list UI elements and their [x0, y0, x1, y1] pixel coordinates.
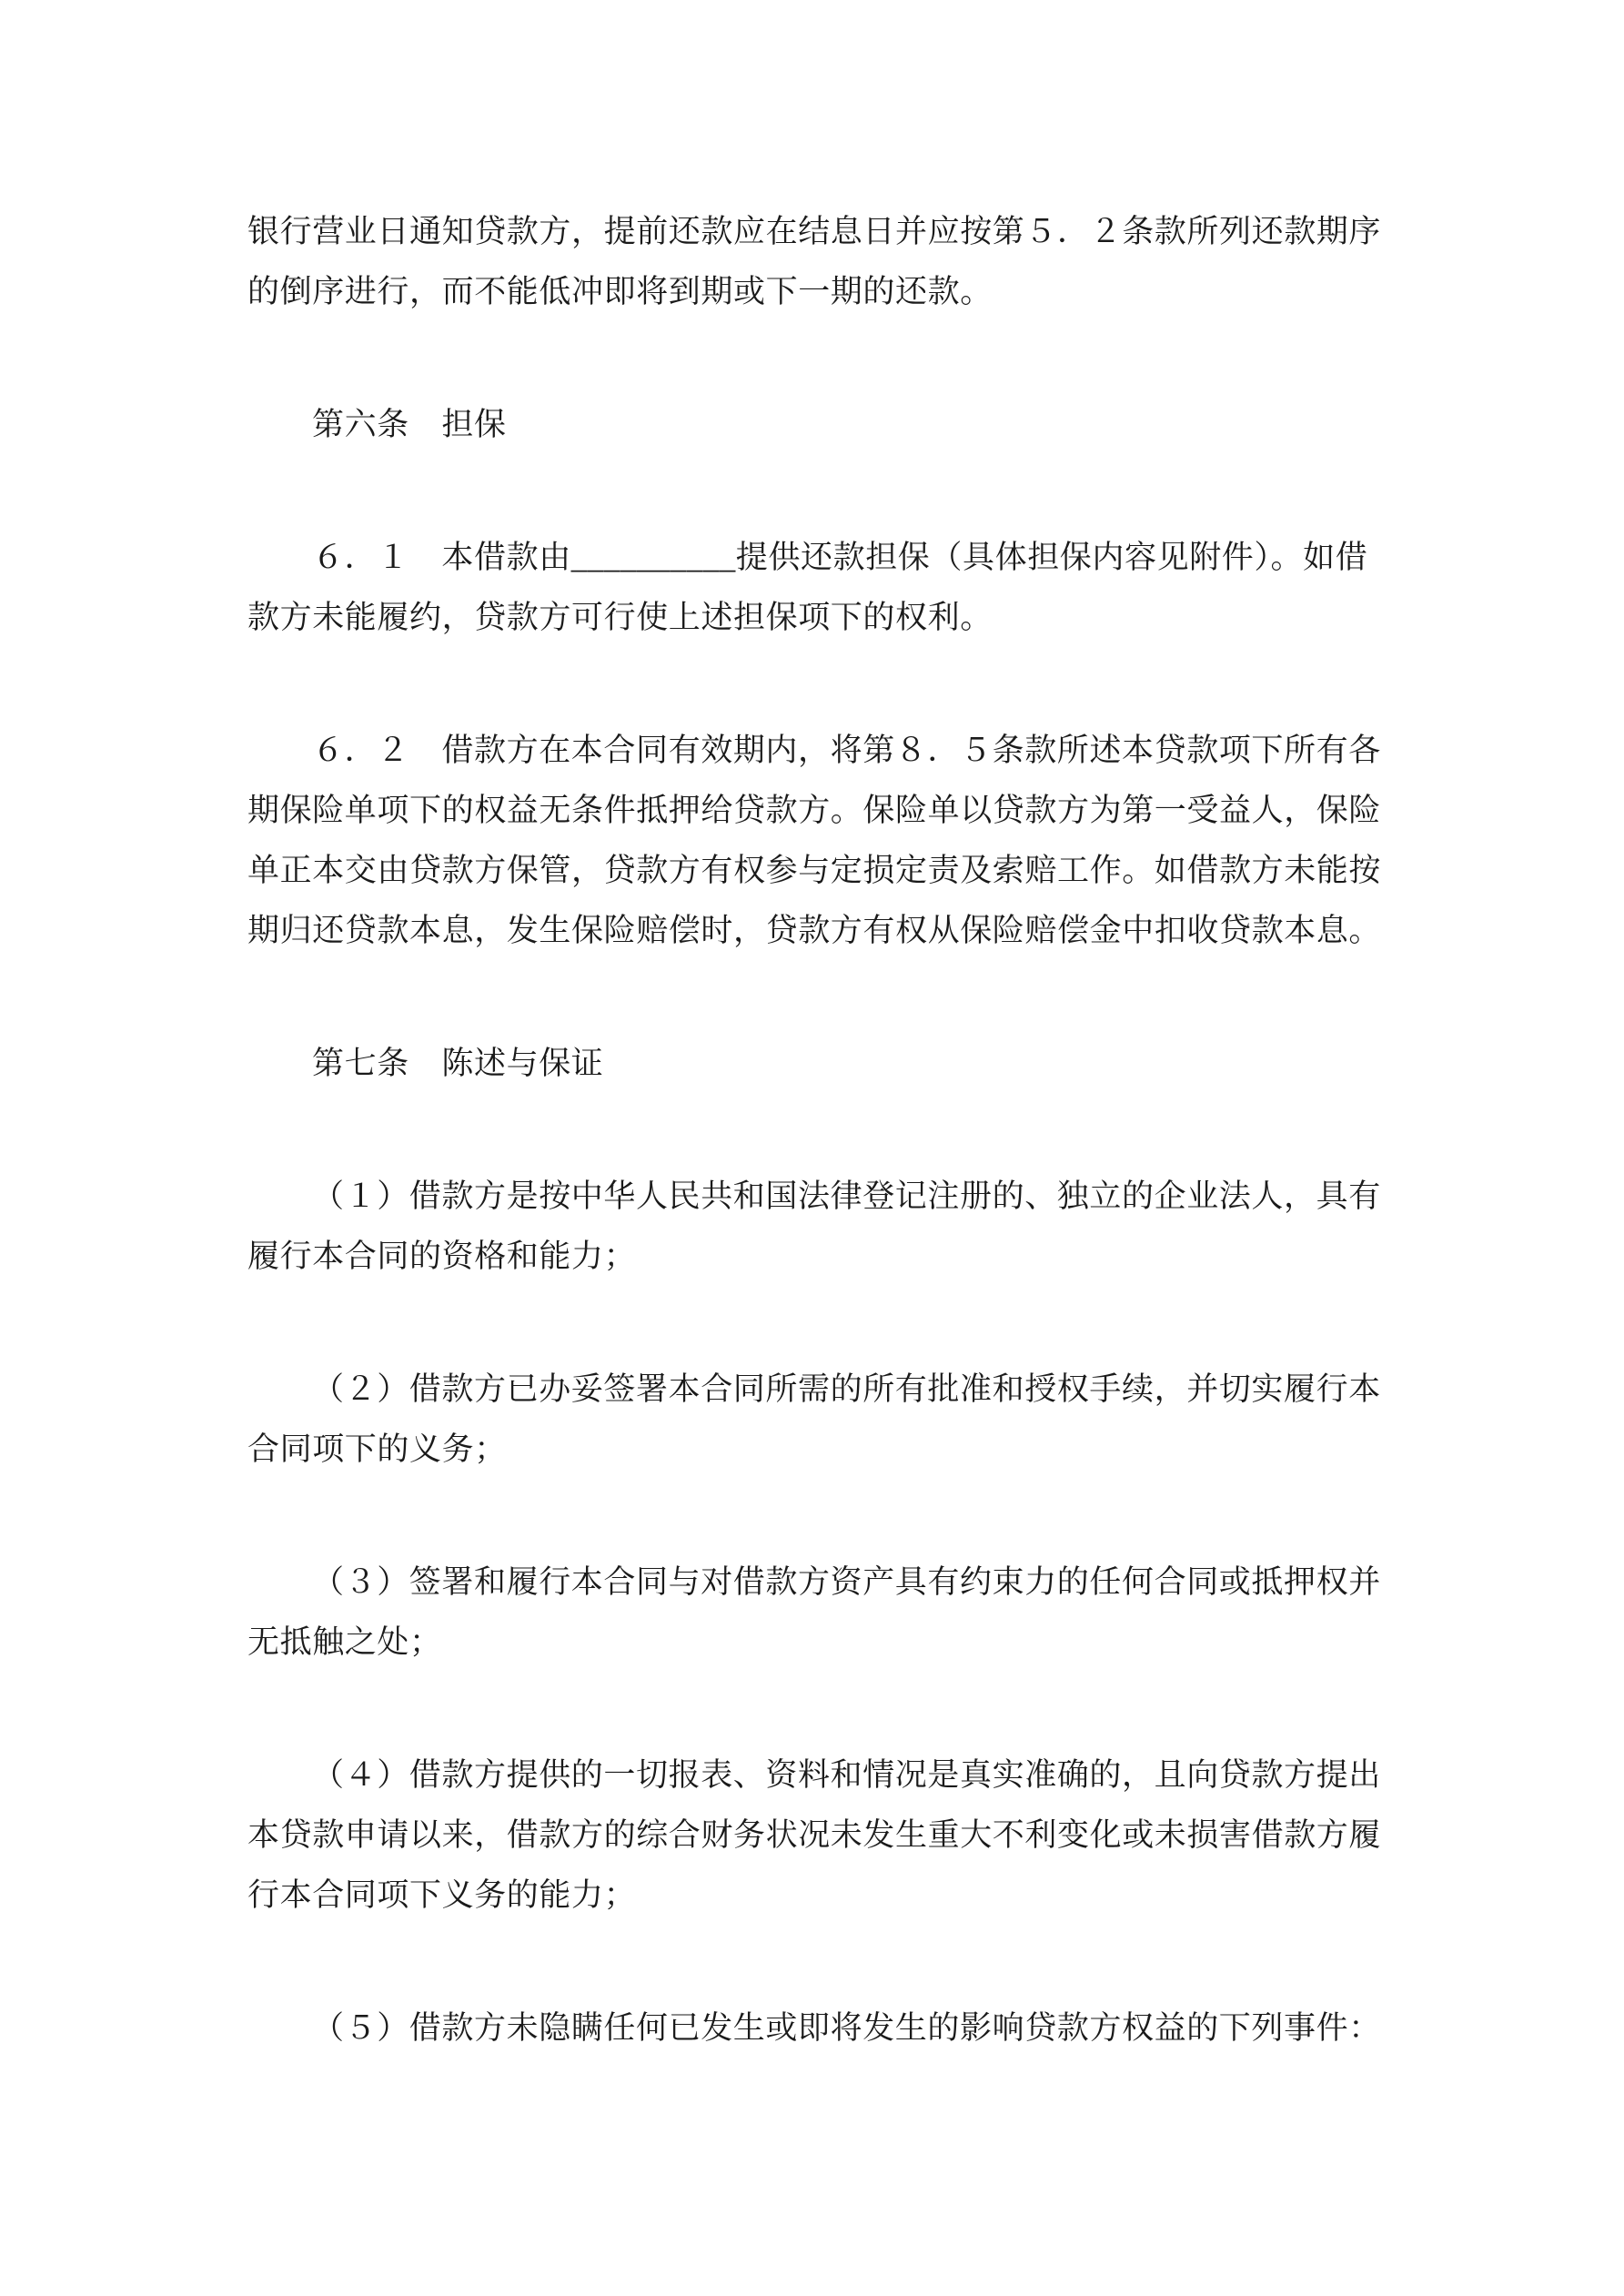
document-page: 银行营业日通知贷款方，提前还款应在结息日并应按第５．２条款所列还款期序的倒序进行… [0, 0, 1624, 2296]
text-line: 无抵触之处； [247, 1613, 1380, 1673]
text-line: 本贷款申请以来，借款方的综合财务状况未发生重大不利变化或未损害借款方履 [247, 1805, 1380, 1866]
text-line: ６．１ 本借款由__________提供还款担保（具体担保内容见附件）。如借 [247, 528, 1380, 588]
paragraph: （５）借款方未隐瞒任何已发生或即将发生的影响贷款方权益的下列事件： [247, 1998, 1380, 2058]
text-line: 单正本交由贷款方保管，贷款方有权参与定损定责及索赔工作。如借款方未能按 [247, 841, 1380, 901]
text-line: 第六条 担保 [247, 395, 1380, 455]
text-line: 银行营业日通知贷款方，提前还款应在结息日并应按第５．２条款所列还款期序 [247, 202, 1380, 262]
paragraph: 银行营业日通知贷款方，提前还款应在结息日并应按第５．２条款所列还款期序的倒序进行… [247, 202, 1380, 322]
text-line: （３）签署和履行本合同与对借款方资产具有约束力的任何合同或抵押权并 [247, 1553, 1380, 1613]
text-line: 合同项下的义务； [247, 1420, 1380, 1480]
text-line: 履行本合同的资格和能力； [247, 1227, 1380, 1287]
paragraph: ６．２ 借款方在本合同有效期内，将第８．５条款所述本贷款项下所有各期保险单项下的… [247, 721, 1380, 961]
paragraph: （４）借款方提供的一切报表、资料和情况是真实准确的，且向贷款方提出本贷款申请以来… [247, 1745, 1380, 1926]
text-line: 第七条 陈述与保证 [247, 1034, 1380, 1094]
text-line: 款方未能履约，贷款方可行使上述担保项下的权利。 [247, 588, 1380, 648]
paragraph: （１）借款方是按中华人民共和国法律登记注册的、独立的企业法人，具有履行本合同的资… [247, 1167, 1380, 1287]
text-line: 期归还贷款本息，发生保险赔偿时，贷款方有权从保险赔偿金中扣收贷款本息。 [247, 901, 1380, 961]
text-line: ６．２ 借款方在本合同有效期内，将第８．５条款所述本贷款项下所有各 [247, 721, 1380, 781]
paragraph: （３）签署和履行本合同与对借款方资产具有约束力的任何合同或抵押权并无抵触之处； [247, 1553, 1380, 1673]
text-line: 期保险单项下的权益无条件抵押给贷款方。保险单以贷款方为第一受益人，保险 [247, 781, 1380, 841]
text-line: 行本合同项下义务的能力； [247, 1866, 1380, 1926]
paragraph: （２）借款方已办妥签署本合同所需的所有批准和授权手续，并切实履行本合同项下的义务… [247, 1360, 1380, 1480]
text-line: （５）借款方未隐瞒任何已发生或即将发生的影响贷款方权益的下列事件： [247, 1998, 1380, 2058]
section-heading: 第七条 陈述与保证 [247, 1034, 1380, 1094]
contract-text: 银行营业日通知贷款方，提前还款应在结息日并应按第５．２条款所列还款期序的倒序进行… [247, 202, 1380, 2058]
paragraph: ６．１ 本借款由__________提供还款担保（具体担保内容见附件）。如借款方… [247, 528, 1380, 648]
section-heading: 第六条 担保 [247, 395, 1380, 455]
text-line: （２）借款方已办妥签署本合同所需的所有批准和授权手续，并切实履行本 [247, 1360, 1380, 1420]
text-line: 的倒序进行，而不能低冲即将到期或下一期的还款。 [247, 262, 1380, 322]
text-line: （４）借款方提供的一切报表、资料和情况是真实准确的，且向贷款方提出 [247, 1745, 1380, 1805]
text-line: （１）借款方是按中华人民共和国法律登记注册的、独立的企业法人，具有 [247, 1167, 1380, 1227]
